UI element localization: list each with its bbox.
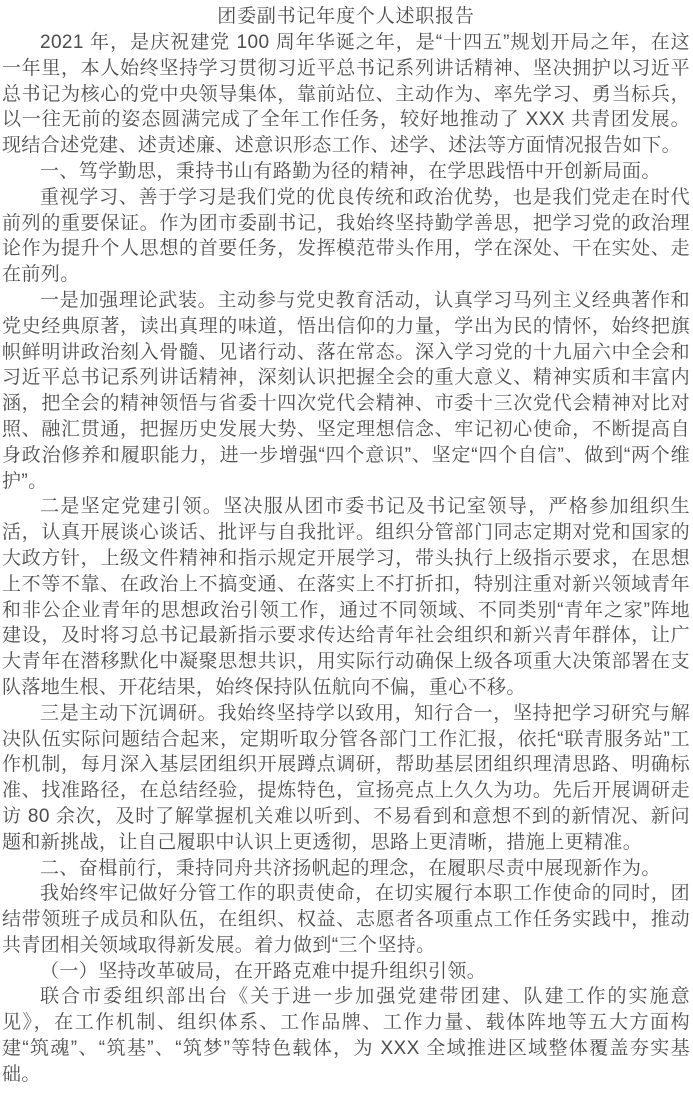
report-paragraph-duty: 我始终牢记做好分管工作的职责使命，在切实履行本职工作使命的同时，团结带领班子成员… <box>2 881 690 958</box>
report-paragraph-reform: 联合市委组织部出台《关于进一步加强党建带团建、队建工作的实施意见》，在工作机制、… <box>2 984 690 1087</box>
report-heading-section-2: 二、奋楫前行，秉持同舟共济扬帆起的理念，在履职尽责中展现新作为。 <box>2 856 690 882</box>
report-paragraph-intro: 2021 年，是庆祝建党 100 周年华诞之年，是“十四五”规划开局之年，在这一… <box>2 30 690 159</box>
report-page: 团委副书记年度个人述职报告 2021 年，是庆祝建党 100 周年华诞之年，是“… <box>0 0 693 1097</box>
report-heading-subsection-1: （一）坚持改革破局，在开路克难中提升组织引领。 <box>2 959 690 985</box>
report-title: 团委副书记年度个人述职报告 <box>2 4 690 30</box>
report-heading-section-1: 一、笃学勤思，秉持书山有路勤为径的精神，在学思践悟中开创新局面。 <box>2 159 690 185</box>
report-paragraph-research: 三是主动下沉调研。我始终坚持学以致用，知行合一，坚持把学习研究与解决队伍实际问题… <box>2 701 690 856</box>
report-paragraph-party-building: 二是坚定党建引领。坚决服从团市委书记及书记室领导，严格参加组织生活，认真开展谈心… <box>2 494 690 700</box>
report-paragraph-study: 重视学习、善于学习是我们党的优良传统和政治优势，也是我们党走在时代前列的重要保证… <box>2 185 690 288</box>
report-paragraph-theory: 一是加强理论武装。主动参与党史教育活动，认真学习马列主义经典著作和党史经典原著，… <box>2 288 690 494</box>
